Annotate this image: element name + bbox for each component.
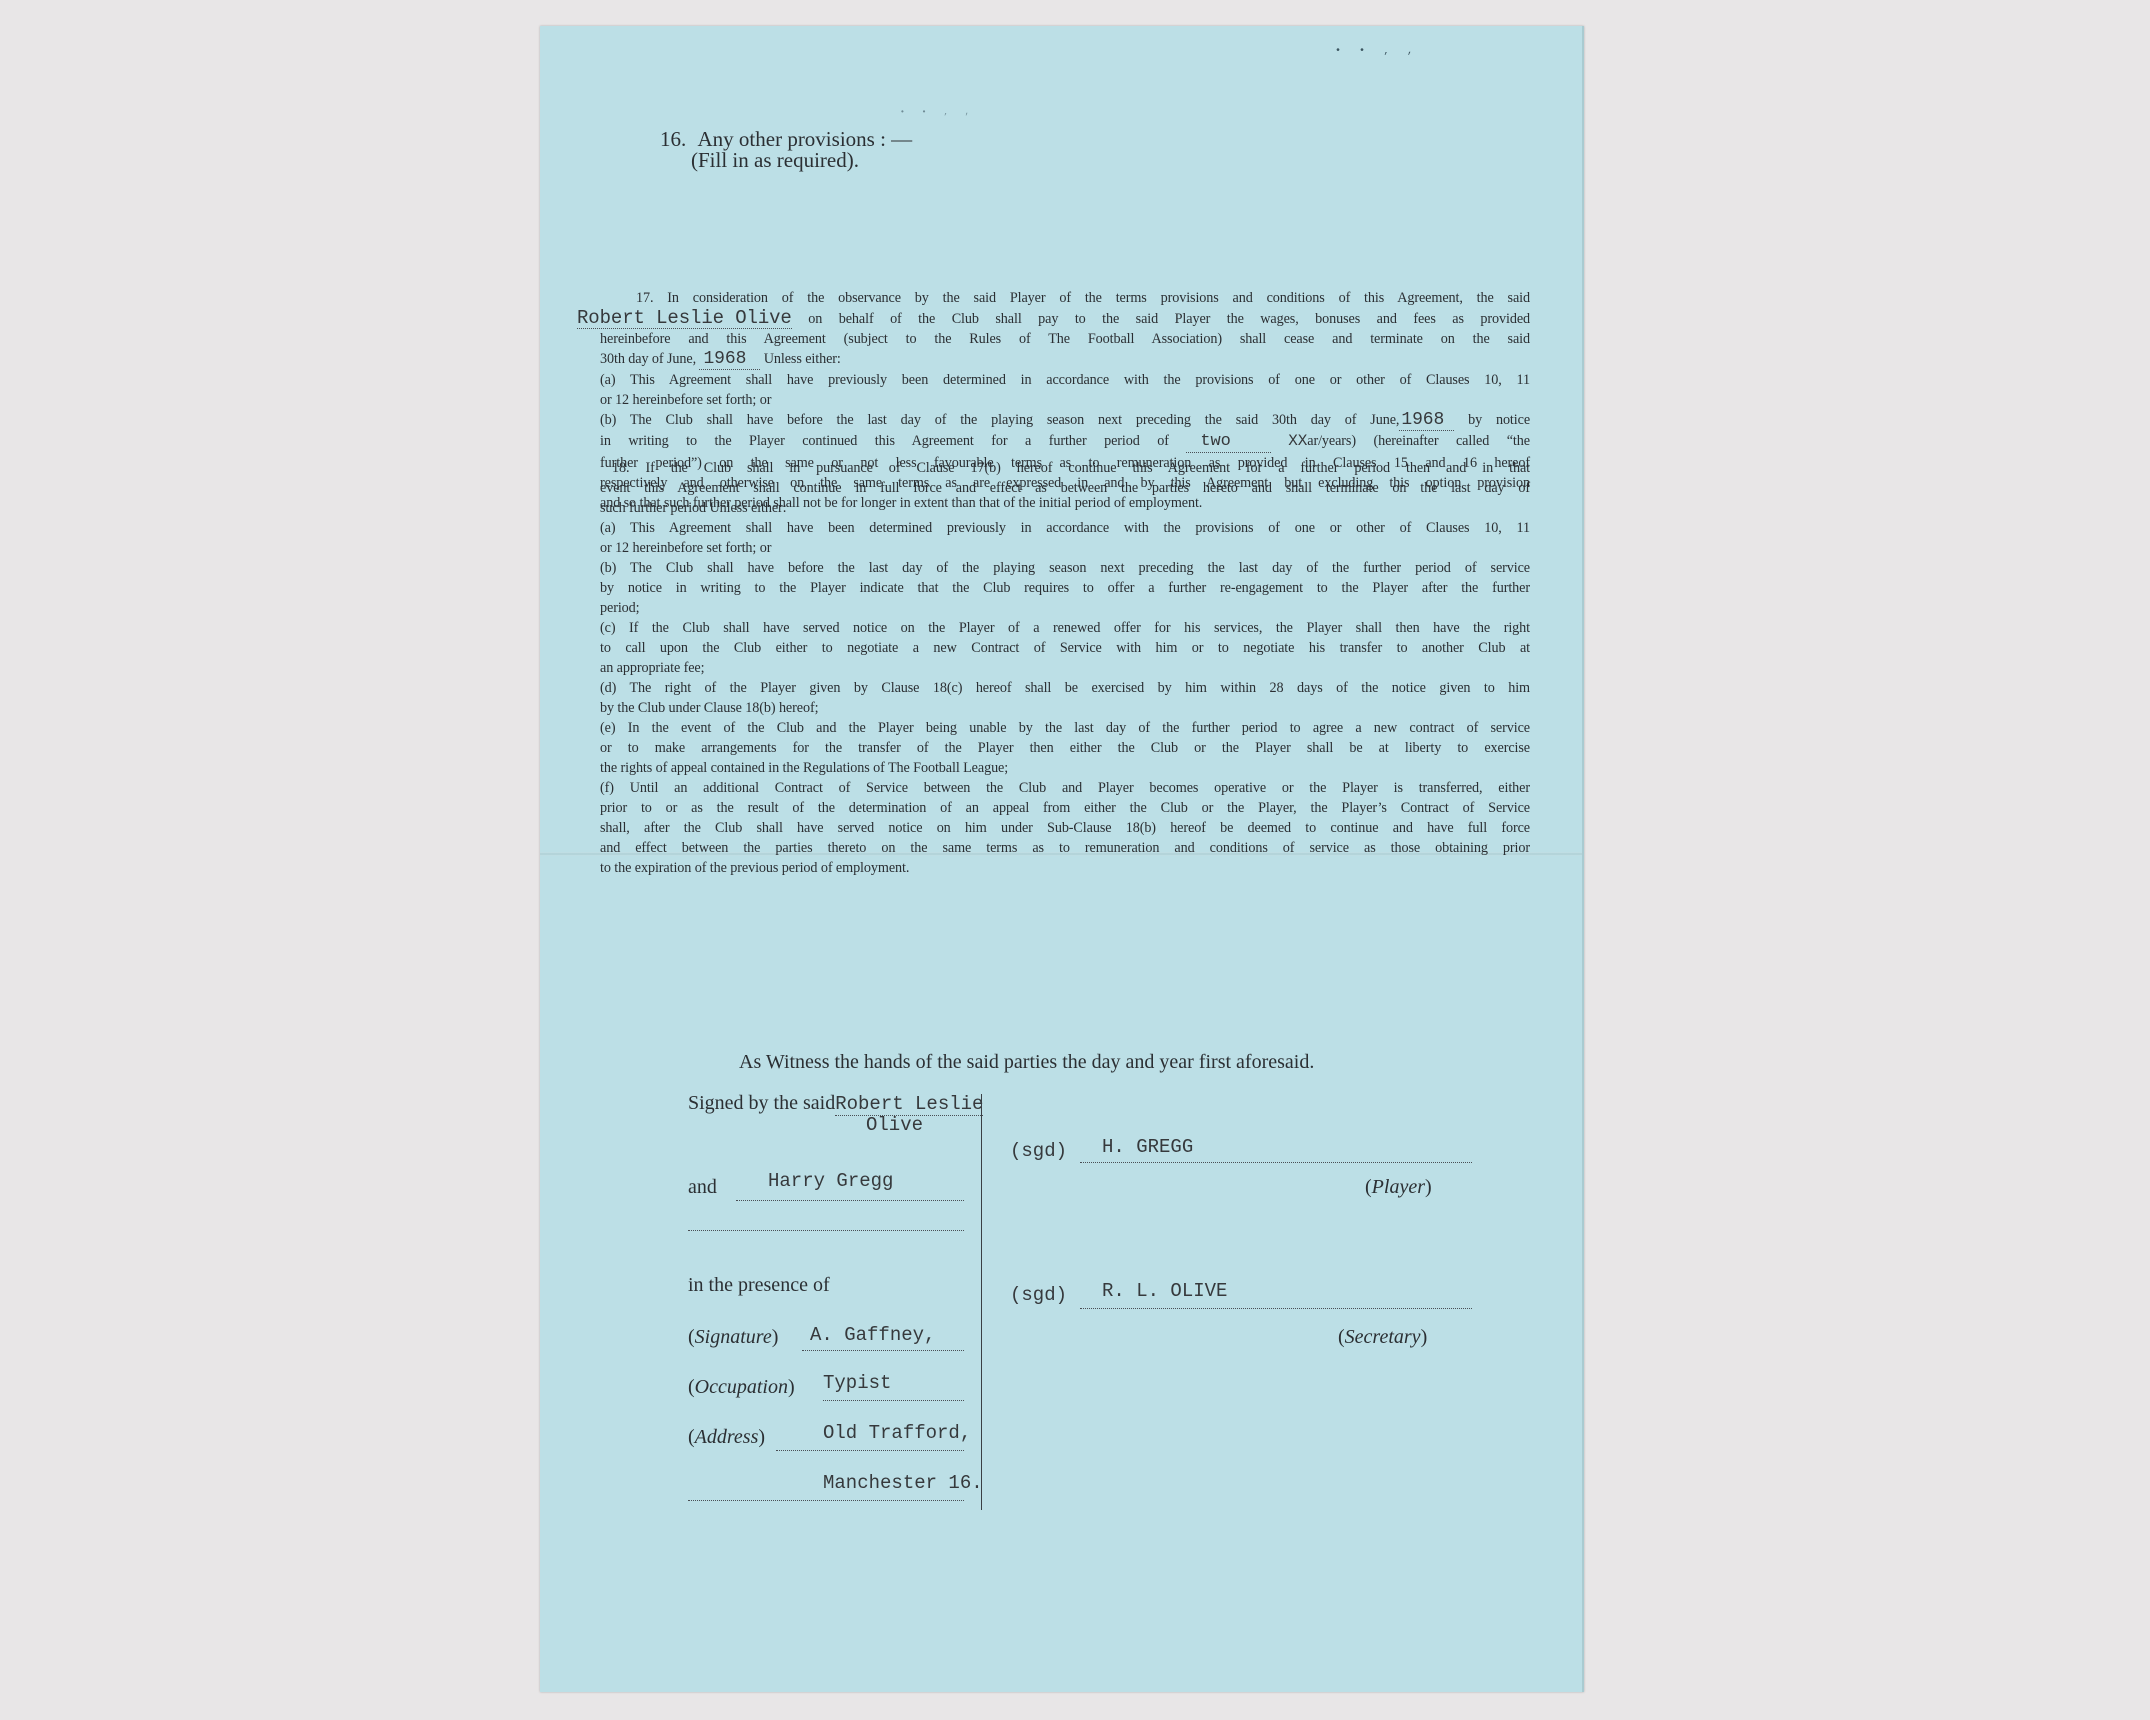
clause-18-line: prior to or as the result of the determi… [600, 798, 1530, 818]
clause-18-line: or to make arrangements for the transfer… [600, 738, 1530, 758]
clause-18-line: by notice in writing to the Player indic… [600, 578, 1530, 598]
clause-17-line-2: Robert Leslie Olive on behalf of the Clu… [577, 308, 1530, 329]
clause-18-line: such further period Unless either: [600, 498, 1530, 518]
signed-by-name-1: Robert Leslie [835, 1093, 983, 1116]
clause-17-line-3: hereinbefore and this Agreement (subject… [600, 329, 1530, 349]
signed-by-row: Signed by the saidRobert Leslie [688, 1092, 983, 1116]
clause-18-line: the rights of appeal contained in the Re… [600, 758, 1530, 778]
further-period-value: two [1186, 432, 1270, 453]
clause-18-line: an appropriate fee; [600, 658, 1530, 678]
secretary-signature-line [1080, 1308, 1472, 1309]
clause-18-line: (f) Until an additional Contract of Serv… [600, 778, 1530, 798]
clause-16-number: 16. [660, 127, 686, 151]
clause-18-line: (d) The right of the Player given by Cla… [600, 678, 1530, 698]
termination-year: 1968 [699, 349, 760, 370]
clause-18-line: 18. If the Club shall in pursuance of Cl… [600, 458, 1530, 478]
address-value-1: Old Trafford, [823, 1422, 971, 1444]
clause-18-line: (b) The Club shall have before the last … [600, 558, 1530, 578]
secretary-role: (Secretary) [1338, 1326, 1427, 1349]
occupation-value: Typist [823, 1372, 891, 1394]
clause-17b-line-1: (b) The Club shall have before the last … [600, 410, 1530, 431]
signature-label: (Signature) [688, 1326, 778, 1349]
blank-signature-line [688, 1230, 964, 1231]
clause-18-line: (e) In the event of the Club and the Pla… [600, 718, 1530, 738]
clause-18-line: to call upon the Club either to negotiat… [600, 638, 1530, 658]
clause-18-line: by the Club under Clause 18(b) hereof; [600, 698, 1530, 718]
signed-by-label: Signed by the said [688, 1092, 835, 1114]
clause-16-note: (Fill in as required). [691, 149, 859, 172]
clause-18-line: (a) This Agreement shall have been deter… [600, 518, 1530, 538]
column-divider [981, 1094, 982, 1510]
clause-17-line-1: 17. In consideration of the observance b… [600, 288, 1530, 308]
player-signature-line [1080, 1162, 1472, 1163]
contract-page: • • ‚ , • • ‚ , 16. Any other provisions… [540, 26, 1584, 1692]
clause-18-line: period; [600, 598, 1530, 618]
secretary-sgd: (sgd) [1010, 1284, 1067, 1306]
clause-18-line: to the expiration of the previous period… [600, 858, 1530, 878]
occupation-label: (Occupation) [688, 1376, 795, 1399]
clause-17a-line-1: (a) This Agreement shall have previously… [600, 370, 1530, 390]
signature-line [802, 1350, 964, 1351]
option-year: 1968 [1399, 410, 1454, 431]
and-name: Harry Gregg [768, 1170, 893, 1192]
clause-18-line: event this Agreement shall continue in f… [600, 478, 1530, 498]
clause-17-line-4: 30th day of June, 1968 Unless either: [600, 349, 1530, 370]
signed-by-name-2: Olive [866, 1114, 923, 1136]
witness-signature-value: A. Gaffney, [810, 1324, 935, 1346]
top-right-marks: • • ‚ , [1335, 46, 1419, 57]
clause-18-line: shall, after the Club shall have served … [600, 818, 1530, 838]
clause-18-line: (c) If the Club shall have served notice… [600, 618, 1530, 638]
secretary-name: R. L. OLIVE [1102, 1280, 1227, 1302]
clause-17b-line-2: in writing to the Player continued this … [600, 431, 1530, 453]
player-role: (Player) [1365, 1176, 1432, 1199]
and-label: and [688, 1176, 717, 1199]
struck-year-text: XX [1288, 432, 1307, 450]
club-signatory-name: Robert Leslie Olive [577, 308, 792, 329]
player-name: H. GREGG [1102, 1136, 1193, 1158]
clause-17a-line-2: or 12 hereinbefore set forth; or [600, 390, 1530, 410]
address-line-2 [688, 1500, 964, 1501]
clause-18-line: or 12 hereinbefore set forth; or [600, 538, 1530, 558]
player-sgd: (sgd) [1010, 1140, 1067, 1162]
and-name-line [736, 1200, 964, 1201]
address-line-1 [776, 1450, 964, 1451]
presence-label: in the presence of [688, 1274, 830, 1297]
witness-heading: As Witness the hands of the said parties… [739, 1051, 1314, 1074]
occupation-line [823, 1400, 964, 1401]
address-value-2: Manchester 16. [823, 1472, 983, 1494]
clause-18-line: and effect between the parties thereto o… [600, 838, 1530, 858]
clause-18: 18. If the Club shall in pursuance of Cl… [600, 458, 1530, 878]
address-label: (Address) [688, 1426, 765, 1449]
top-marks-faint: • • ‚ , [900, 108, 976, 117]
